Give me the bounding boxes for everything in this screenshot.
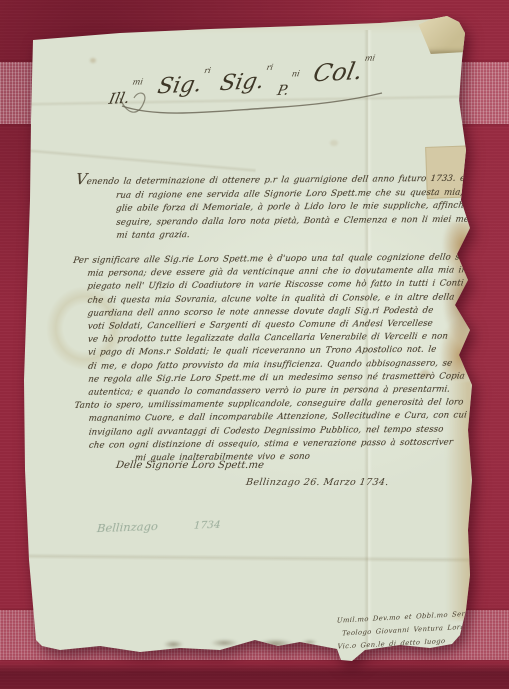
pencil-place: Bellinzago — [97, 519, 159, 535]
pencil-year: 1734 — [193, 519, 221, 532]
closing-courtesy-line: Delle Signorie Loro Spett.me — [115, 460, 264, 471]
archivist-pencil-note: Bellinzago1734 — [97, 517, 222, 535]
flourish-swash — [118, 88, 388, 122]
manuscript-letter: Ill.miSig.riSig.riP.niCol.mi Venendo la … — [0, 0, 509, 689]
lower-fold-crease — [24, 553, 472, 563]
folded-corner-top-right — [414, 12, 470, 54]
foxing-spot — [330, 140, 338, 146]
diagonal-crease — [26, 148, 256, 173]
aged-paper-sheet: Ill.miSig.riSig.riP.niCol.mi Venendo la … — [0, 0, 509, 689]
opening-paragraph: Venendo la determinazione di ottenere p.… — [76, 169, 509, 244]
docket-signature-block: Umil.mo Dev.mo et Obbl.mo Serv.reTeologo… — [335, 607, 479, 654]
foxing-spot — [90, 58, 96, 63]
smudged-ink-bottom-edge — [148, 636, 318, 650]
salutation-abbreviation: Col.mi — [311, 54, 375, 85]
body-paragraph: Per significare alle Sig.rie Loro Spett.… — [73, 251, 492, 466]
place-date-line: Bellinzago 26. Marzo 1734. — [245, 477, 389, 488]
